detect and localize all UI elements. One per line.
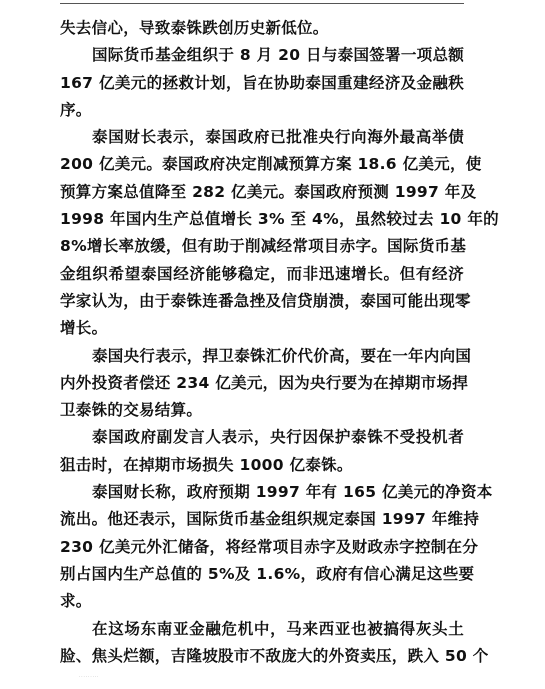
page-body: 失去信心，导致泰铢跌创历史新低位。 国际货币基金组织于 8 月 20 日与泰国签… [60, 15, 464, 670]
text-line: 学家认为，由于泰铢连番急挫及信贷崩溃，泰国可能出现零 [60, 288, 464, 315]
text-line: 别占国内生产总值的 5%及 1.6%，政府有信心满足这些要 [60, 561, 464, 588]
text-line: 流出。他还表示，国际货币基金组织规定泰国 1997 年维持 [60, 506, 464, 533]
text-line: 国际货币基金组织于 8 月 20 日与泰国签署一项总额 [60, 42, 464, 69]
text-line: 内外投资者偿还 234 亿美元，因为央行要为在掉期市场捍 [60, 370, 464, 397]
text-line: 脸、焦头烂额，吉隆坡股市不敌庞大的外资卖压，跌入 50 个 [60, 643, 464, 670]
text-line: 狙击时，在掉期市场损失 1000 亿泰铢。 [60, 452, 464, 479]
text-line: 序。 [60, 97, 464, 124]
text-line: 8%增长率放缓，但有助于削减经常项目赤字。国际货币基 [60, 233, 464, 260]
text-line: 200 亿美元。泰国政府决定削减预算方案 18.6 亿美元，使 [60, 151, 464, 178]
text-line: 预算方案总值降至 282 亿美元。泰国政府预测 1997 年及 [60, 179, 464, 206]
text-line: 230 亿美元外汇储备，将经常项目赤字及财政赤字控制在分 [60, 534, 464, 561]
text-line: 增长。 [60, 315, 464, 342]
text-line: 1998 年国内生产总值增长 3% 至 4%，虽然较过去 10 年的 [60, 206, 464, 233]
text-line: 失去信心，导致泰铢跌创历史新低位。 [60, 15, 464, 42]
text-line: 求。 [60, 588, 464, 615]
text-line: 泰国财长表示，泰国政府已批准央行向海外最高举债 [60, 124, 464, 151]
text-line: 泰国财长称，政府预期 1997 年有 165 亿美元的净资本 [60, 479, 464, 506]
text-line: 金组织希望泰国经济能够稳定，而非迅速增长。但有经济 [60, 261, 464, 288]
page-footer-mark: ········· [79, 674, 99, 679]
text-line: 在这场东南亚金融危机中，马来西亚也被搞得灰头土 [60, 616, 464, 643]
text-line: 卫泰铢的交易结算。 [60, 397, 464, 424]
text-line: 泰国政府副发言人表示，央行因保护泰铢不受投机者 [60, 424, 464, 451]
header-rule [60, 3, 464, 4]
text-line: 泰国央行表示，捍卫泰铢汇价代价高，要在一年内向国 [60, 343, 464, 370]
text-line: 167 亿美元的拯救计划，旨在协助泰国重建经济及金融秩 [60, 70, 464, 97]
